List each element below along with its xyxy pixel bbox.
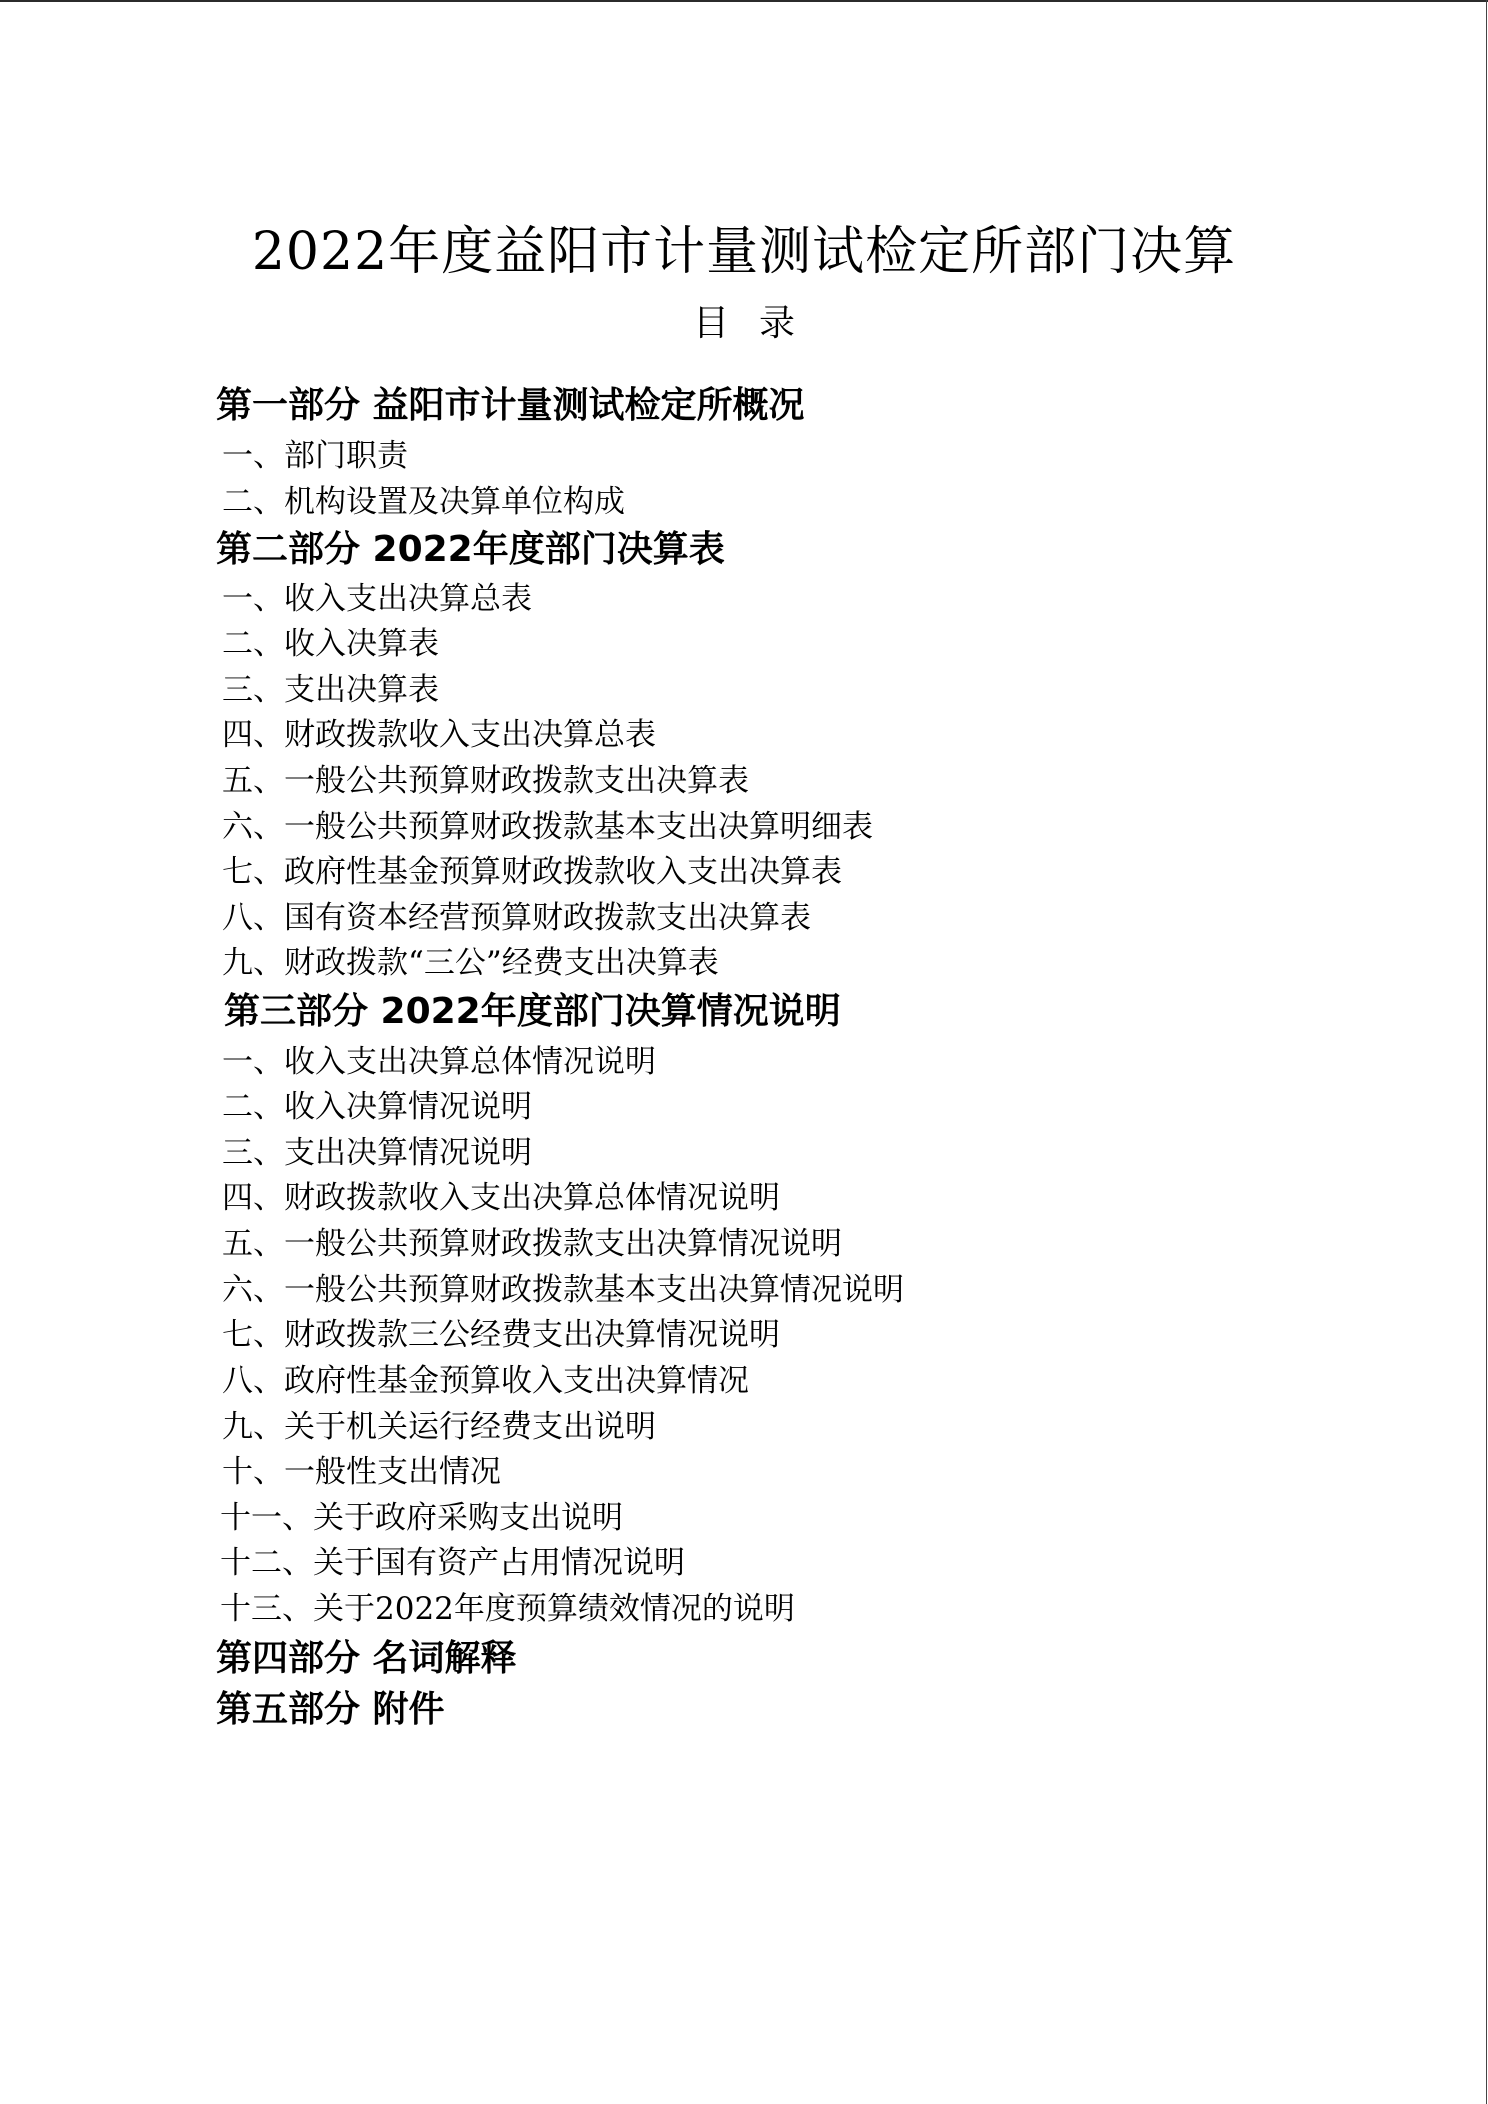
toc-part-4-heading[interactable]: 第四部分 名词解释: [216, 1636, 517, 1682]
toc-item[interactable]: 二、收入决算情况说明: [222, 1086, 532, 1128]
toc-title-char-1: 目: [693, 303, 729, 344]
toc-item[interactable]: 一、收入支出决算总体情况说明: [222, 1041, 656, 1083]
toc-item[interactable]: 四、财政拨款收入支出决算总表: [222, 714, 656, 756]
toc-item[interactable]: 一、部门职责: [222, 435, 408, 477]
toc-item[interactable]: 三、支出决算表: [222, 669, 439, 711]
toc-item[interactable]: 二、收入决算表: [222, 623, 439, 665]
toc-item[interactable]: 六、一般公共预算财政拨款基本支出决算情况说明: [222, 1269, 904, 1311]
toc-item[interactable]: 六、一般公共预算财政拨款基本支出决算明细表: [222, 806, 873, 848]
toc-item[interactable]: 十二、关于国有资产占用情况说明: [220, 1542, 685, 1584]
toc-part-1-heading[interactable]: 第一部分 益阳市计量测试检定所概况: [216, 383, 805, 429]
toc-title: 目录: [0, 300, 1488, 348]
toc-item[interactable]: 五、一般公共预算财政拨款支出决算表: [222, 760, 749, 802]
page-top-border: [0, 0, 1488, 2]
toc-item[interactable]: 八、政府性基金预算收入支出决算情况: [222, 1360, 749, 1402]
toc-item[interactable]: 八、国有资本经营预算财政拨款支出决算表: [222, 897, 811, 939]
toc-item[interactable]: 二、机构设置及决算单位构成: [222, 481, 625, 523]
toc-item[interactable]: 七、政府性基金预算财政拨款收入支出决算表: [222, 851, 842, 893]
toc-part-5-heading[interactable]: 第五部分 附件: [216, 1687, 445, 1733]
toc-part-3-heading[interactable]: 第三部分 2022年度部门决算情况说明: [224, 989, 841, 1035]
toc-item[interactable]: 十三、关于2022年度预算绩效情况的说明: [220, 1588, 795, 1630]
toc-item[interactable]: 九、关于机关运行经费支出说明: [222, 1406, 656, 1448]
toc-item[interactable]: 五、一般公共预算财政拨款支出决算情况说明: [222, 1223, 842, 1265]
toc-item[interactable]: 十一、关于政府采购支出说明: [220, 1497, 623, 1539]
toc-item[interactable]: 一、收入支出决算总表: [222, 578, 532, 620]
toc-item[interactable]: 四、财政拨款收入支出决算总体情况说明: [222, 1177, 780, 1219]
toc-item[interactable]: 十、一般性支出情况: [222, 1451, 501, 1493]
toc-item[interactable]: 三、支出决算情况说明: [222, 1132, 532, 1174]
document-title: 2022年度益阳市计量测试检定所部门决算: [0, 221, 1488, 283]
toc-item[interactable]: 七、财政拨款三公经费支出决算情况说明: [222, 1314, 780, 1356]
toc-title-char-2: 录: [759, 303, 795, 344]
toc-part-2-heading[interactable]: 第二部分 2022年度部门决算表: [216, 527, 725, 573]
toc-item[interactable]: 九、财政拨款“三公”经费支出决算表: [222, 942, 719, 984]
